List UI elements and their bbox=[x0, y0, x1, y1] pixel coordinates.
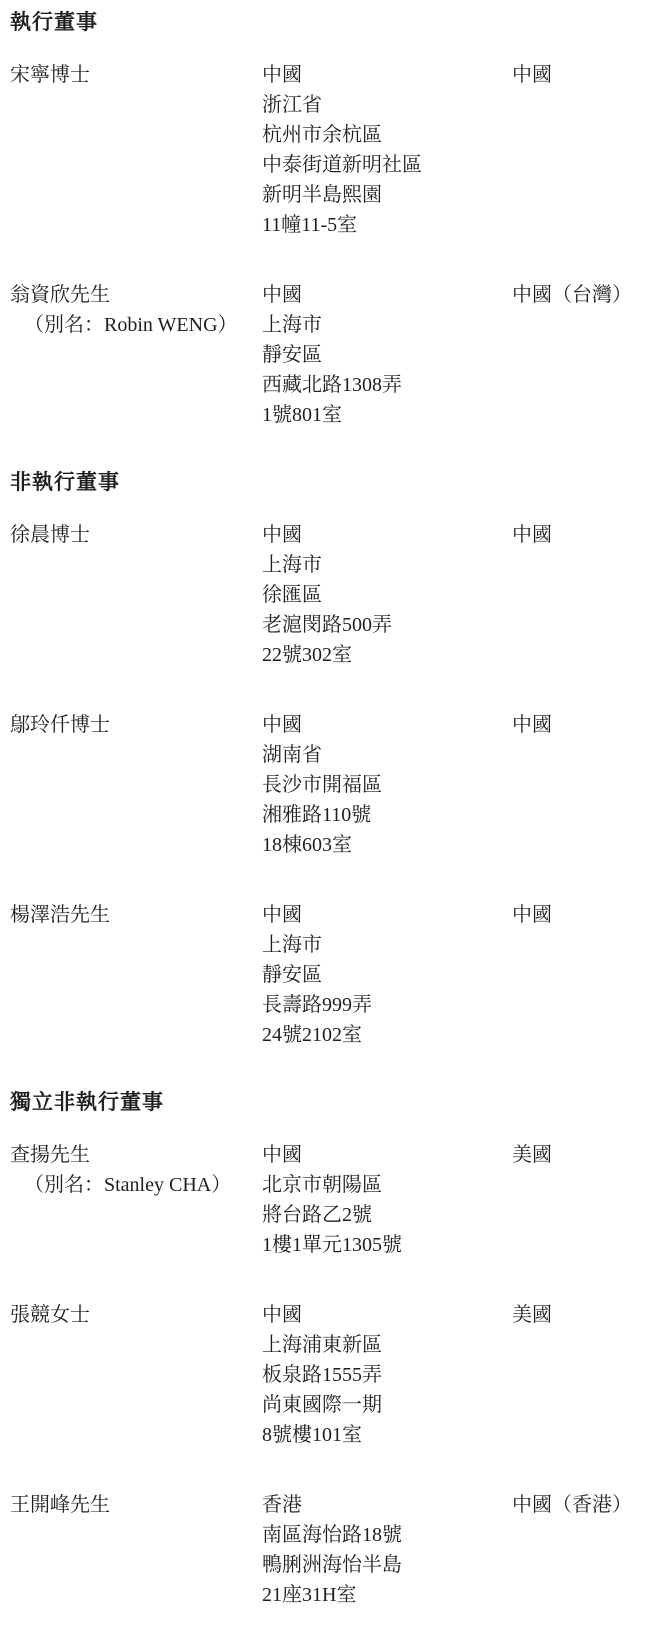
director-name-line: 張競女士 bbox=[10, 1300, 262, 1330]
address-line: 板泉路1555弄 bbox=[262, 1360, 512, 1390]
director-nationality: 中國（台灣） bbox=[512, 280, 654, 310]
director-name: 查揚先生 （別名：Stanley CHA） bbox=[10, 1140, 262, 1200]
director-row-wang-kaifeng: 王開峰先生 香港 南區海怡路18號 鴨脷洲海怡半島 21座31H室 中國（香港） bbox=[10, 1490, 654, 1610]
nationality-text: 中國 bbox=[512, 520, 654, 550]
address-line: 24號2102室 bbox=[262, 1020, 512, 1050]
director-name: 張競女士 bbox=[10, 1300, 262, 1330]
director-name-line: 楊澤浩先生 bbox=[10, 900, 262, 930]
nationality-text: 中國 bbox=[512, 60, 654, 90]
director-nationality: 中國（香港） bbox=[512, 1490, 654, 1520]
director-address: 中國 浙江省 杭州市余杭區 中泰街道新明社區 新明半島熙園 11幢11-5室 bbox=[262, 60, 512, 240]
director-name-line: 翁資欣先生 bbox=[10, 280, 262, 310]
address-line: 湘雅路110號 bbox=[262, 800, 512, 830]
director-row-cha-yang: 查揚先生 （別名：Stanley CHA） 中國 北京市朝陽區 將台路乙2號 1… bbox=[10, 1140, 654, 1260]
address-line: 南區海怡路18號 bbox=[262, 1520, 512, 1550]
director-alias-line: （別名：Robin WENG） bbox=[10, 310, 262, 340]
address-line: 將台路乙2號 bbox=[262, 1200, 512, 1230]
address-line: 上海市 bbox=[262, 930, 512, 960]
address-line: 西藏北路1308弄 bbox=[262, 370, 512, 400]
address-line: 中泰街道新明社區 bbox=[262, 150, 512, 180]
address-line: 上海市 bbox=[262, 550, 512, 580]
director-row-xu-chen: 徐晨博士 中國 上海市 徐匯區 老滬閔路500弄 22號302室 中國 bbox=[10, 520, 654, 670]
nationality-text: 中國（香港） bbox=[512, 1490, 654, 1520]
address-line: 中國 bbox=[262, 280, 512, 310]
section-heading-independent-non-executive-directors: 獨立非執行董事 bbox=[10, 1090, 654, 1116]
director-nationality: 美國 bbox=[512, 1300, 654, 1330]
address-line: 18棟603室 bbox=[262, 830, 512, 860]
address-line: 尚東國際一期 bbox=[262, 1390, 512, 1420]
address-line: 中國 bbox=[262, 1300, 512, 1330]
director-alias-line: （別名：Stanley CHA） bbox=[10, 1170, 262, 1200]
address-line: 靜安區 bbox=[262, 960, 512, 990]
address-line: 中國 bbox=[262, 60, 512, 90]
director-nationality: 中國 bbox=[512, 60, 654, 90]
address-line: 香港 bbox=[262, 1490, 512, 1520]
address-line: 1號801室 bbox=[262, 400, 512, 430]
director-name-line: 鄔玲仟博士 bbox=[10, 710, 262, 740]
address-line: 浙江省 bbox=[262, 90, 512, 120]
director-address: 中國 湖南省 長沙市開福區 湘雅路110號 18棟603室 bbox=[262, 710, 512, 860]
address-line: 中國 bbox=[262, 710, 512, 740]
director-address: 中國 上海市 靜安區 長壽路999弄 24號2102室 bbox=[262, 900, 512, 1050]
address-line: 中國 bbox=[262, 520, 512, 550]
director-name-line: 王開峰先生 bbox=[10, 1490, 262, 1520]
director-row-zhang-jing: 張競女士 中國 上海浦東新區 板泉路1555弄 尚東國際一期 8號樓101室 美… bbox=[10, 1300, 654, 1450]
address-line: 上海浦東新區 bbox=[262, 1330, 512, 1360]
nationality-text: 中國（台灣） bbox=[512, 280, 654, 310]
section-heading-non-executive-directors: 非執行董事 bbox=[10, 470, 654, 496]
director-row-yang-zehao: 楊澤浩先生 中國 上海市 靜安區 長壽路999弄 24號2102室 中國 bbox=[10, 900, 654, 1050]
director-name: 王開峰先生 bbox=[10, 1490, 262, 1520]
director-name-line: 宋寧博士 bbox=[10, 60, 262, 90]
address-line: 徐匯區 bbox=[262, 580, 512, 610]
nationality-text: 美國 bbox=[512, 1140, 654, 1170]
address-line: 新明半島熙園 bbox=[262, 180, 512, 210]
director-row-weng-zixin: 翁資欣先生 （別名：Robin WENG） 中國 上海市 靜安區 西藏北路130… bbox=[10, 280, 654, 430]
director-nationality: 美國 bbox=[512, 1140, 654, 1170]
address-line: 鴨脷洲海怡半島 bbox=[262, 1550, 512, 1580]
address-line: 中國 bbox=[262, 900, 512, 930]
address-line: 中國 bbox=[262, 1140, 512, 1170]
director-address: 中國 上海市 靜安區 西藏北路1308弄 1號801室 bbox=[262, 280, 512, 430]
address-line: 北京市朝陽區 bbox=[262, 1170, 512, 1200]
section-heading-executive-directors: 執行董事 bbox=[10, 10, 654, 36]
director-name: 徐晨博士 bbox=[10, 520, 262, 550]
address-line: 湖南省 bbox=[262, 740, 512, 770]
director-address: 香港 南區海怡路18號 鴨脷洲海怡半島 21座31H室 bbox=[262, 1490, 512, 1610]
director-name: 宋寧博士 bbox=[10, 60, 262, 90]
address-line: 上海市 bbox=[262, 310, 512, 340]
director-nationality: 中國 bbox=[512, 520, 654, 550]
director-nationality: 中國 bbox=[512, 710, 654, 740]
director-name-line: 徐晨博士 bbox=[10, 520, 262, 550]
director-address: 中國 上海市 徐匯區 老滬閔路500弄 22號302室 bbox=[262, 520, 512, 670]
address-line: 長沙市開福區 bbox=[262, 770, 512, 800]
address-line: 長壽路999弄 bbox=[262, 990, 512, 1020]
director-nationality: 中國 bbox=[512, 900, 654, 930]
director-address: 中國 北京市朝陽區 將台路乙2號 1樓1單元1305號 bbox=[262, 1140, 512, 1260]
director-name-line: 查揚先生 bbox=[10, 1140, 262, 1170]
address-line: 21座31H室 bbox=[262, 1580, 512, 1610]
address-line: 1樓1單元1305號 bbox=[262, 1230, 512, 1260]
director-name: 鄔玲仟博士 bbox=[10, 710, 262, 740]
director-row-wu-lingqian: 鄔玲仟博士 中國 湖南省 長沙市開福區 湘雅路110號 18棟603室 中國 bbox=[10, 710, 654, 860]
address-line: 22號302室 bbox=[262, 640, 512, 670]
nationality-text: 中國 bbox=[512, 900, 654, 930]
address-line: 老滬閔路500弄 bbox=[262, 610, 512, 640]
director-address: 中國 上海浦東新區 板泉路1555弄 尚東國際一期 8號樓101室 bbox=[262, 1300, 512, 1450]
nationality-text: 中國 bbox=[512, 710, 654, 740]
director-row-song-ning: 宋寧博士 中國 浙江省 杭州市余杭區 中泰街道新明社區 新明半島熙園 11幢11… bbox=[10, 60, 654, 240]
address-line: 8號樓101室 bbox=[262, 1420, 512, 1450]
address-line: 靜安區 bbox=[262, 340, 512, 370]
nationality-text: 美國 bbox=[512, 1300, 654, 1330]
address-line: 杭州市余杭區 bbox=[262, 120, 512, 150]
address-line: 11幢11-5室 bbox=[262, 210, 512, 240]
director-name: 翁資欣先生 （別名：Robin WENG） bbox=[10, 280, 262, 340]
director-name: 楊澤浩先生 bbox=[10, 900, 262, 930]
